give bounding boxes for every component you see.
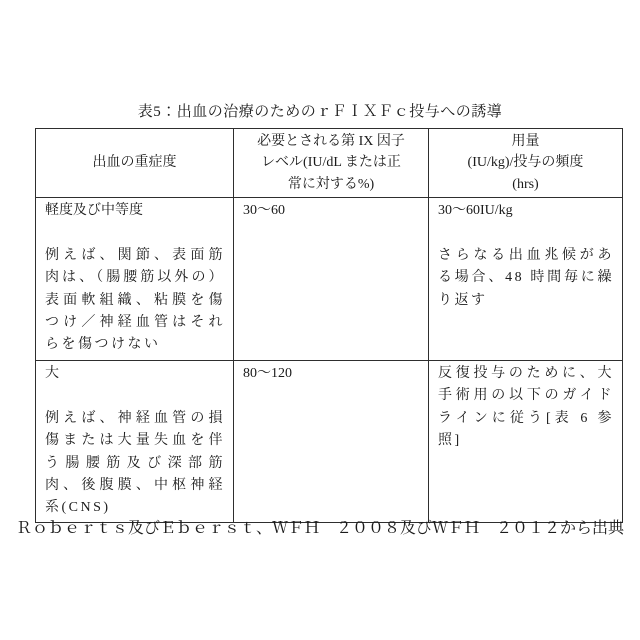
dose-title: 30～60IU/kg (438, 200, 614, 222)
severity-cell: 軽度及び中等度 例えば、関節、表面筋肉は、（腸腰筋以外の）表面軟組織、粘膜を傷つ… (36, 198, 234, 361)
dosing-table: 出血の重症度 必要とされる第 IX 因子 レベル(IU/dL または正 常に対す… (35, 128, 623, 523)
header-row: 出血の重症度 必要とされる第 IX 因子 レベル(IU/dL または正 常に対す… (36, 129, 623, 198)
severity-description: 例えば、関節、表面筋肉は、（腸腰筋以外の）表面軟組織、粘膜を傷つけ／神経血管はそ… (45, 245, 225, 357)
header-dose: 用量 (IU/kg)/投与の頻度 (hrs) (429, 129, 623, 198)
severity-title: 軽度及び中等度 (45, 200, 225, 222)
factor-level-value: 80～120 (243, 363, 420, 385)
table-row: 大 例えば、神経血管の損傷または大量失血を伴う腸腰筋及び深部筋肉、後腹膜、中枢神… (36, 361, 623, 523)
factor-level-value: 30～60 (243, 200, 420, 222)
severity-title: 大 (45, 363, 225, 385)
dose-description: さらなる出血兆候がある場合、48 時間毎に繰り返す (438, 245, 614, 312)
header-factor-level: 必要とされる第 IX 因子 レベル(IU/dL または正 常に対する%) (234, 129, 429, 198)
table-row: 軽度及び中等度 例えば、関節、表面筋肉は、（腸腰筋以外の）表面軟組織、粘膜を傷つ… (36, 198, 623, 361)
dose-cell: 30～60IU/kg さらなる出血兆候がある場合、48 時間毎に繰り返す (429, 198, 623, 361)
source-note: Ｒｏｂｅｒｔｓ及びＥｂｅｒｓｔ、ＷＦＨ ２００８及びＷＦＨ ２０１２から出典 (0, 518, 640, 540)
factor-level-cell: 80～120 (234, 361, 429, 523)
factor-level-cell: 30～60 (234, 198, 429, 361)
header-severity: 出血の重症度 (36, 129, 234, 198)
document-page: 表5：出血の治療のためのｒＦＩＸＦｃ投与への誘導 出血の重症度 必要とされる第 … (0, 0, 640, 640)
dose-cell: 反復投与のために、大手術用の以下のガイドラインに従う[表 6 参照] (429, 361, 623, 523)
severity-description: 例えば、神経血管の損傷または大量失血を伴う腸腰筋及び深部筋肉、後腹膜、中枢神経系… (45, 408, 225, 520)
dose-description: 反復投与のために、大手術用の以下のガイドラインに従う[表 6 参照] (438, 363, 614, 453)
table-title: 表5：出血の治療のためのｒＦＩＸＦｃ投与への誘導 (0, 101, 640, 123)
severity-cell: 大 例えば、神経血管の損傷または大量失血を伴う腸腰筋及び深部筋肉、後腹膜、中枢神… (36, 361, 234, 523)
